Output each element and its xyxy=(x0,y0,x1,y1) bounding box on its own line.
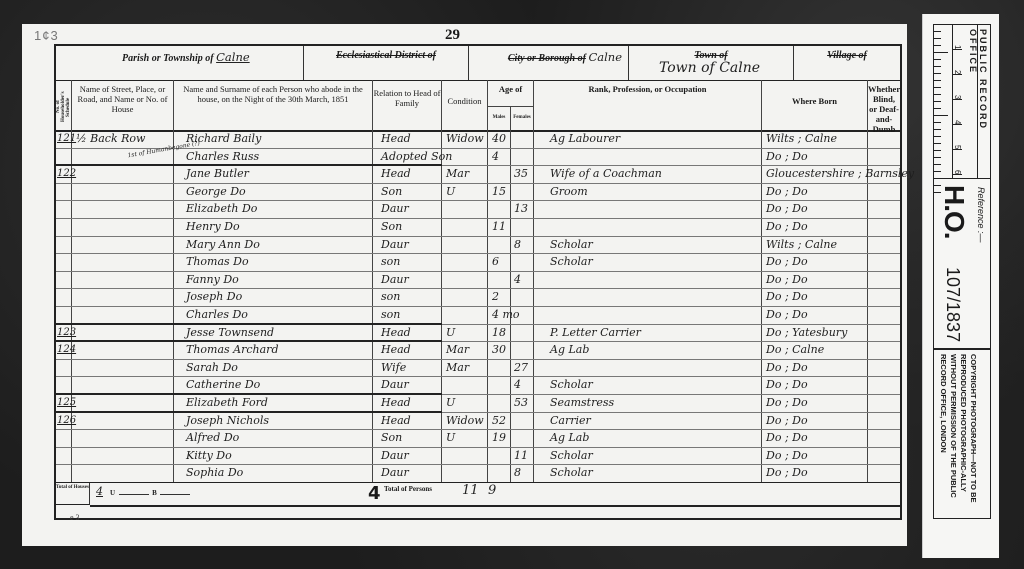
cell-condition: Mar xyxy=(446,341,469,359)
cell-born: Do ; Do xyxy=(766,464,808,482)
reference-number: 107/1837 xyxy=(942,267,963,342)
col-relation: Relation to Head of Family xyxy=(373,80,442,130)
cell-born: Wilts ; Calne xyxy=(766,236,837,254)
city-value: Calne xyxy=(588,50,622,64)
col-street: Name of Street, Place, or Road, and Name… xyxy=(72,80,174,130)
table-row: Elizabeth DoDaur13Do ; Do xyxy=(56,200,900,219)
col-occupation: Rank, Profession, or Occupation xyxy=(534,80,762,130)
cell-street: ½ Back Row xyxy=(76,130,145,148)
cell-male-age: 4 mo xyxy=(492,306,520,324)
ecclesiastical-cell: Ecclesiastical District of xyxy=(304,46,469,80)
reference-box: Reference :— H.O. 107/1837 xyxy=(933,179,991,349)
ruler-ticks xyxy=(934,25,951,178)
cell-name: Henry Do xyxy=(186,218,240,236)
household-separator xyxy=(56,340,442,342)
table-row: 124Thomas ArchardHeadMar30Ag LabDo ; Cal… xyxy=(56,341,900,360)
cell-female-age: 8 xyxy=(514,236,521,254)
cell-male-age: 18 xyxy=(492,324,506,342)
cell-schedule: 123 xyxy=(57,324,76,342)
cell-relation: Daur xyxy=(381,200,409,218)
cell-female-age: 4 xyxy=(514,271,521,289)
col-schedule: No. of Householder's Schedule xyxy=(56,80,72,130)
cell-name: Thomas Archard xyxy=(186,341,278,359)
cell-occupation: Wife of a Coachman xyxy=(550,165,662,183)
cell-relation: Son xyxy=(381,183,402,201)
household-separator xyxy=(56,411,442,413)
cell-name: Thomas Do xyxy=(186,253,249,271)
cell-relation: Daur xyxy=(381,464,409,482)
total-houses-label: Total of Houses xyxy=(56,483,90,505)
cell-relation: Adopted Son xyxy=(381,148,452,166)
cell-name: Joseph Do xyxy=(186,288,242,306)
table-row: Thomas Doson6ScholarDo ; Do xyxy=(56,253,900,272)
cell-occupation: Ag Lab xyxy=(550,429,589,447)
cell-female-age: 13 xyxy=(514,200,528,218)
cell-name: Fanny Do xyxy=(186,271,239,289)
cell-male-age: 19 xyxy=(492,429,506,447)
cell-occupation: Scholar xyxy=(550,376,593,394)
reference-prefix: H.O. xyxy=(938,185,970,239)
col-condition: Condition xyxy=(442,80,488,130)
cell-schedule: 121 xyxy=(57,130,76,148)
cell-name: Sophia Do xyxy=(186,464,243,482)
cell-relation: Daur xyxy=(381,236,409,254)
table-row: 122Jane ButlerHeadMar35Wife of a Coachma… xyxy=(56,165,900,184)
census-grid: 121½ Back RowRichard BailyHeadWidow40Ag … xyxy=(56,130,900,482)
table-row: Sophia DoDaur8ScholarDo ; Do xyxy=(56,464,900,483)
total-persons-label: Total of Persons xyxy=(384,485,432,493)
cell-born: Do ; Do xyxy=(766,394,808,412)
cell-occupation: Carrier xyxy=(550,412,591,430)
total-females: 9 xyxy=(488,483,496,498)
total-houses-value: 4 U B xyxy=(96,485,190,498)
village-label: Village of xyxy=(827,50,867,61)
village-cell: Village of xyxy=(794,46,900,80)
city-cell: City or Borough of Calne xyxy=(469,46,629,80)
table-row: Henry DoSon11Do ; Do xyxy=(56,218,900,237)
cell-name: Alfred Do xyxy=(186,429,239,447)
census-form: Parish or Township of Calne Ecclesiastic… xyxy=(54,44,902,520)
header-band: Parish or Township of Calne Ecclesiastic… xyxy=(56,46,900,81)
cell-female-age: 27 xyxy=(514,359,528,377)
scale-ruler: 1 2 3 4 5 6 PUBLIC RECORD OFFICE xyxy=(933,24,991,179)
reference-label: Reference :— xyxy=(976,187,986,243)
cell-name: Elizabeth Ford xyxy=(186,394,268,412)
census-page: 1¢3 29 Parish or Township of Calne Eccle… xyxy=(22,24,907,546)
table-row: Fanny DoDaur4Do ; Do xyxy=(56,271,900,290)
cell-condition: U xyxy=(446,183,455,201)
cell-male-age: 2 xyxy=(492,288,499,306)
cell-male-age: 52 xyxy=(492,412,506,430)
ecclesiastical-label: Ecclesiastical District of xyxy=(336,50,436,61)
cell-relation: Head xyxy=(381,324,411,342)
cell-name: Mary Ann Do xyxy=(186,236,260,254)
table-row: Alfred DoSonU19Ag LabDo ; Do xyxy=(56,429,900,448)
total-males: 11 xyxy=(462,483,479,498)
parish-value: Calne xyxy=(216,50,250,64)
page-number: 29 xyxy=(445,27,460,44)
cell-born: Gloucestershire ; Barnsley xyxy=(766,165,914,183)
cell-born: Do ; Do xyxy=(766,376,808,394)
age-subheader: Males Females xyxy=(488,106,533,131)
cell-condition: U xyxy=(446,324,455,342)
cell-relation: Head xyxy=(381,394,411,412)
cell-name: Elizabeth Do xyxy=(186,200,257,218)
below-form-mark: e 3 xyxy=(70,513,80,522)
cell-condition: Widow xyxy=(446,412,484,430)
cell-born: Wilts ; Calne xyxy=(766,130,837,148)
cell-name: Joseph Nichols xyxy=(186,412,269,430)
houses-inhabited: 4 xyxy=(96,485,103,498)
cell-name: Jane Butler xyxy=(186,165,249,183)
cell-born: Do ; Do xyxy=(766,271,808,289)
col-age: Age of Males Females xyxy=(488,80,534,130)
cell-female-age: 4 xyxy=(514,376,521,394)
cell-born: Do ; Do xyxy=(766,218,808,236)
cell-relation: Head xyxy=(381,412,411,430)
household-separator xyxy=(56,164,442,166)
cell-schedule: 122 xyxy=(57,165,76,183)
cell-name: Sarah Do xyxy=(186,359,238,377)
copyright-notice: COPYRIGHT PHOTOGRAPH—NOT TO BE REPRODUCE… xyxy=(938,354,978,518)
col-disability: Whether Blind, or Deaf-and-Dumb xyxy=(868,80,900,130)
cell-born: Do ; Do xyxy=(766,183,808,201)
cell-female-age: 53 xyxy=(514,394,528,412)
table-row: Joseph Doson2Do ; Do xyxy=(56,288,900,307)
cell-relation: Head xyxy=(381,165,411,183)
houses-u-label: U xyxy=(110,489,115,497)
cell-born: Do ; Do xyxy=(766,447,808,465)
table-row: Kitty DoDaur11ScholarDo ; Do xyxy=(56,447,900,466)
cell-relation: Wife xyxy=(381,359,406,377)
cell-male-age: 15 xyxy=(492,183,506,201)
age-males-label: Males xyxy=(488,107,511,131)
cell-male-age: 30 xyxy=(492,341,506,359)
cell-relation: son xyxy=(381,253,400,271)
cell-relation: Son xyxy=(381,218,402,236)
cell-occupation: Groom xyxy=(550,183,588,201)
cell-occupation: Ag Lab xyxy=(550,341,589,359)
cell-born: Do ; Do xyxy=(766,200,808,218)
margin-check-mark: 4 xyxy=(368,483,381,504)
cell-name: Catherine Do xyxy=(186,376,260,394)
cell-born: Do ; Do xyxy=(766,412,808,430)
cell-condition: U xyxy=(446,429,455,447)
cell-born: Do ; Calne xyxy=(766,341,824,359)
household-separator xyxy=(56,393,442,395)
houses-b-label: B xyxy=(152,489,157,497)
record-office-label: 1 2 3 4 5 6 PUBLIC RECORD OFFICE Referen… xyxy=(922,14,999,558)
cell-condition: Mar xyxy=(446,359,469,377)
cell-name: George Do xyxy=(186,183,246,201)
cell-male-age: 11 xyxy=(492,218,506,236)
town-cell: Town of Town of Calne xyxy=(629,46,794,80)
column-header-row: No. of Householder's Schedule Name of St… xyxy=(56,80,900,132)
cell-female-age: 35 xyxy=(514,165,528,183)
cell-relation: son xyxy=(381,306,400,324)
cell-schedule: 124 xyxy=(57,341,76,359)
cell-born: Do ; Do xyxy=(766,306,808,324)
col-name: Name and Surname of each Person who abod… xyxy=(174,80,373,130)
cell-female-age: 11 xyxy=(514,447,528,465)
totals-footer: Total of Houses 4 U B 4 Total of Persons… xyxy=(56,482,900,519)
cell-relation: Head xyxy=(381,341,411,359)
cell-name: Jesse Townsend xyxy=(186,324,274,342)
cell-male-age: 4 xyxy=(492,148,499,166)
cell-born: Do ; Do xyxy=(766,429,808,447)
copyright-box: COPYRIGHT PHOTOGRAPH—NOT TO BE REPRODUCE… xyxy=(933,349,991,519)
parish-cell: Parish or Township of Calne xyxy=(56,46,304,80)
cell-name: Charles Do xyxy=(186,306,248,324)
cell-occupation: Scholar xyxy=(550,236,593,254)
household-separator xyxy=(56,323,442,325)
cell-occupation: Scholar xyxy=(550,447,593,465)
age-label: Age of xyxy=(488,84,533,94)
cell-occupation: P. Letter Carrier xyxy=(550,324,641,342)
cell-male-age: 40 xyxy=(492,130,506,148)
cell-occupation: Scholar xyxy=(550,253,593,271)
table-row: George DoSonU15GroomDo ; Do xyxy=(56,183,900,202)
cell-condition: Widow xyxy=(446,130,484,148)
cell-name: Kitty Do xyxy=(186,447,232,465)
cell-relation: Head xyxy=(381,130,411,148)
cell-born: Do ; Do xyxy=(766,359,808,377)
cell-occupation: Scholar xyxy=(550,464,593,482)
town-value: Town of Calne xyxy=(659,60,760,76)
cell-occupation: Seamstress xyxy=(550,394,614,412)
cell-relation: Daur xyxy=(381,271,409,289)
city-label: City or Borough of xyxy=(508,53,586,64)
age-females-label: Females xyxy=(511,107,533,131)
cell-born: Do ; Do xyxy=(766,253,808,271)
cell-condition: Mar xyxy=(446,165,469,183)
cell-born: Do ; Yatesbury xyxy=(766,324,847,342)
cell-male-age: 6 xyxy=(492,253,499,271)
corner-folio-number: 1¢3 xyxy=(34,28,59,43)
parish-label: Parish or Township of xyxy=(122,53,214,64)
table-row: 126Joseph NicholsHeadWidow52CarrierDo ; … xyxy=(56,412,900,431)
table-row: Sarah DoWifeMar27Do ; Do xyxy=(56,359,900,378)
cell-relation: Son xyxy=(381,429,402,447)
cell-relation: Daur xyxy=(381,376,409,394)
cell-relation: son xyxy=(381,288,400,306)
cell-born: Do ; Do xyxy=(766,288,808,306)
cell-relation: Daur xyxy=(381,447,409,465)
ruler-title: PUBLIC RECORD OFFICE xyxy=(968,29,988,178)
table-row: Mary Ann DoDaur8ScholarWilts ; Calne xyxy=(56,236,900,255)
col-born: Where Born xyxy=(762,80,868,130)
cell-occupation: Ag Labourer xyxy=(550,130,620,148)
cell-schedule: 126 xyxy=(57,412,76,430)
cell-born: Do ; Do xyxy=(766,148,808,166)
cell-female-age: 8 xyxy=(514,464,521,482)
cell-schedule: 125 xyxy=(57,394,76,412)
cell-condition: U xyxy=(446,394,455,412)
